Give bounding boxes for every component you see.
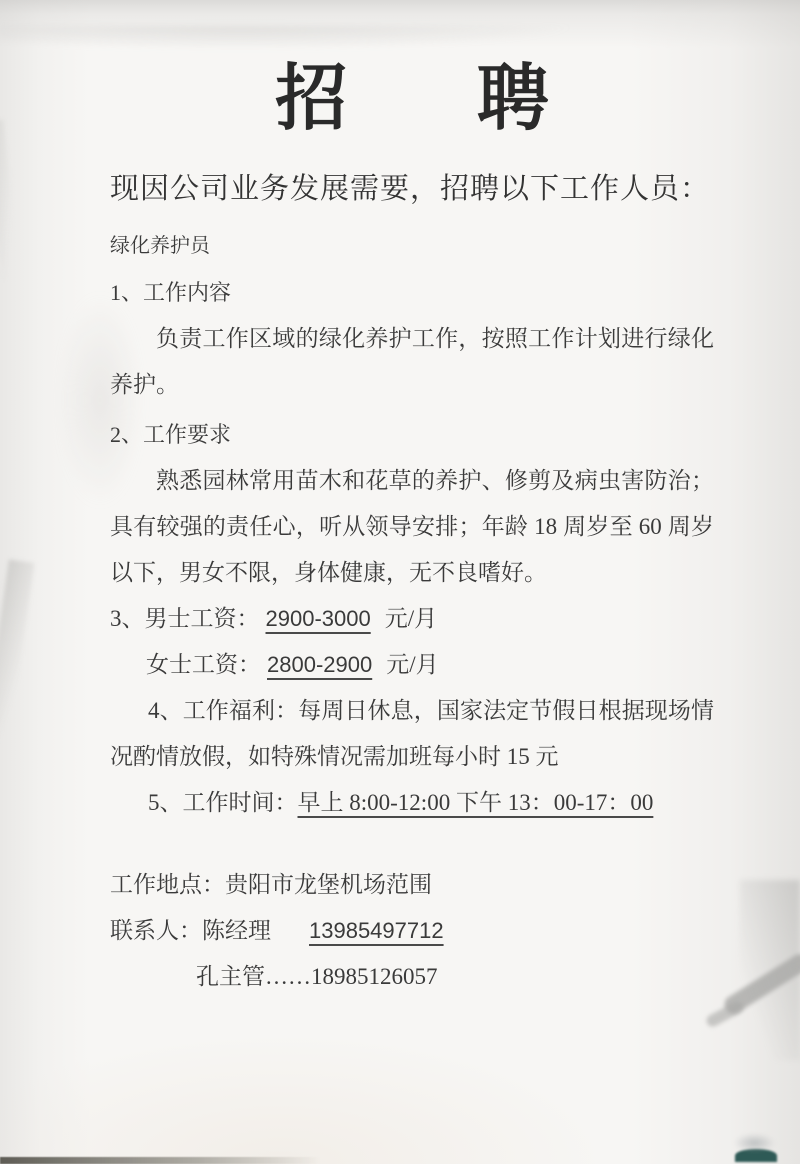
photo-edge-strip xyxy=(0,1157,320,1164)
hours-time: 早上 8:00-12:00 下午 13：00-17：00 xyxy=(298,790,654,815)
salary-male-range: 2900-3000 xyxy=(260,606,377,631)
paper-crease-top xyxy=(0,26,800,60)
contact-line-2: 孔主管……18985126057 xyxy=(110,954,714,1000)
location-value: 贵阳市龙堡机场范围 xyxy=(225,872,432,897)
contact-phone-1: 13985497712 xyxy=(297,918,456,943)
welfare-line: 4、工作福利：每周日休息，国家法定节假日根据现场情况酌情放假，如特殊情况需加班每… xyxy=(110,688,714,780)
salary-female-line: 女士工资：2800-2900元/月 xyxy=(110,642,714,688)
notice-title: 招聘 xyxy=(110,56,714,142)
hours-line: 5、工作时间：早上 8:00-12:00 下午 13：00-17：00 xyxy=(110,780,714,826)
welfare-label: 4、工作福利： xyxy=(148,698,298,723)
salary-male-unit: 元/月 xyxy=(385,606,437,631)
teal-speck xyxy=(735,1149,777,1162)
salary-female-unit: 元/月 xyxy=(386,652,438,677)
section-2-body: 熟悉园林常用苗木和花草的养护、修剪及病虫害防治；具有较强的责任心，听从领导安排；… xyxy=(110,458,714,596)
hours-label: 5、工作时间： xyxy=(148,790,298,815)
salary-female-label: 女士工资： xyxy=(146,652,261,677)
location-label: 工作地点： xyxy=(110,872,225,897)
gray-smudge-right-small xyxy=(705,999,746,1028)
salary-female-range: 2800-2900 xyxy=(261,652,378,677)
section-1-body: 负责工作区域的绿化养护工作，按照工作计划进行绿化养护。 xyxy=(110,316,714,408)
salary-male-label: 3、男士工资： xyxy=(110,606,260,631)
notice-intro: 现因公司业务发展需要，招聘以下工作人员： xyxy=(110,168,714,210)
paper-photo: 招聘 现因公司业务发展需要，招聘以下工作人员： 绿化养护员 1、工作内容 负责工… xyxy=(0,0,800,1164)
job-position: 绿化养护员 xyxy=(110,226,714,266)
recruitment-notice: 招聘 现因公司业务发展需要，招聘以下工作人员： 绿化养护员 1、工作内容 负责工… xyxy=(0,56,800,1000)
contact-line-1: 联系人：陈经理13985497712 xyxy=(110,908,714,954)
section-2-heading: 2、工作要求 xyxy=(110,412,714,458)
gray-smudge-bottom-right xyxy=(727,1130,782,1156)
salary-male-line: 3、男士工资：2900-3000元/月 xyxy=(110,596,714,642)
contact-person-2: 孔主管…… xyxy=(196,964,311,989)
section-1-heading: 1、工作内容 xyxy=(110,270,714,316)
contact-label: 联系人： xyxy=(110,918,202,943)
location-line: 工作地点：贵阳市龙堡机场范围 xyxy=(110,862,714,908)
contact-phone-2: 18985126057 xyxy=(311,964,438,989)
contact-person-1: 陈经理 xyxy=(202,918,271,943)
